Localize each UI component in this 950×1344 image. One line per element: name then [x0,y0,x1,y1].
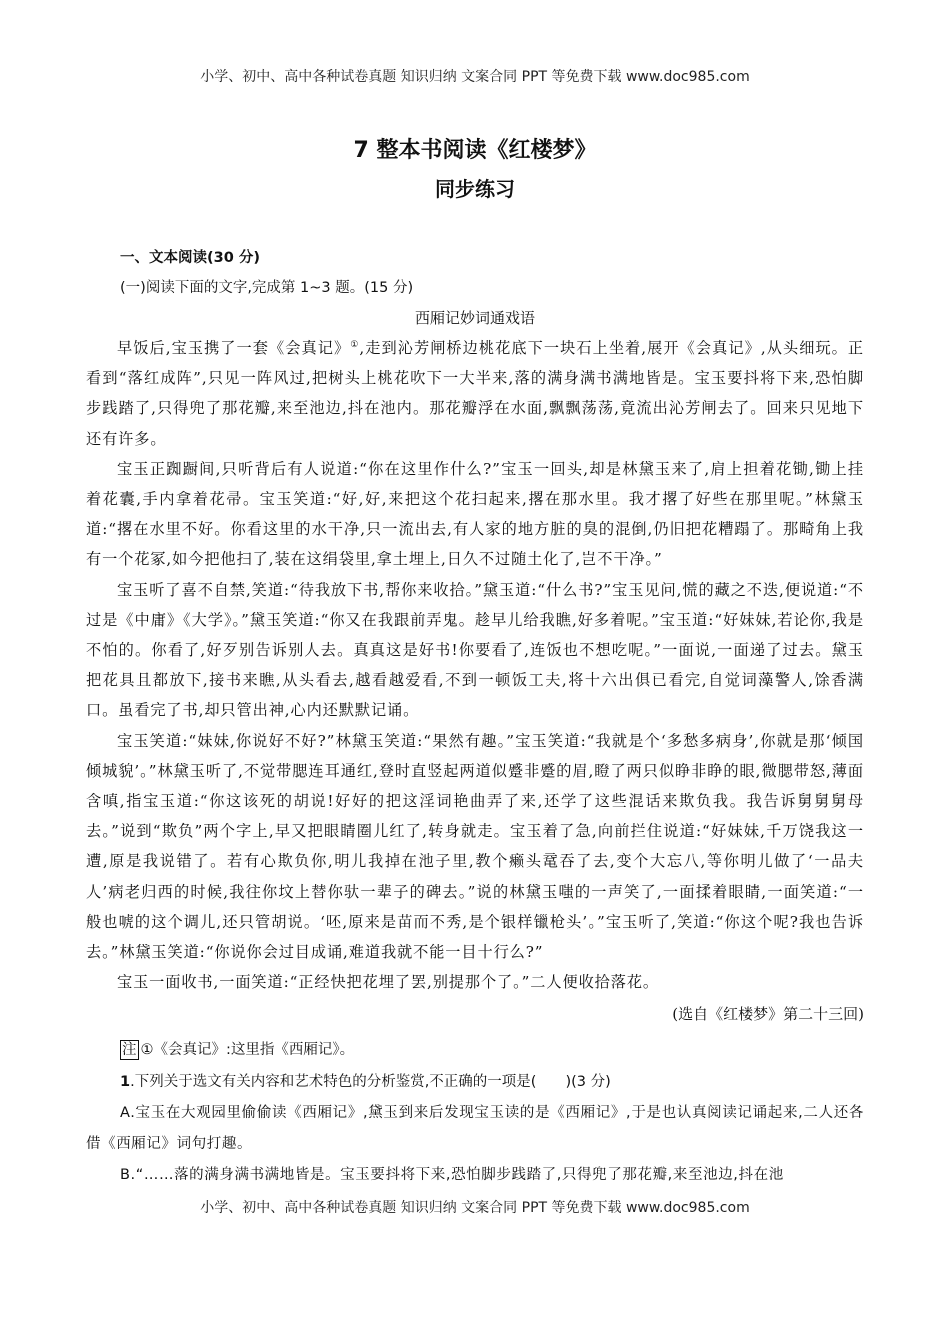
section-heading: 一、文本阅读(30 分) [120,243,864,273]
source-citation: (选自《红楼梦》第二十三回) [86,999,864,1033]
article-title: 西厢记妙词通戏语 [86,303,864,333]
article-paragraph: 宝玉一面收书,一面笑道:“正经快把花埋了罢,别提那个了。”二人便收拾落花。 [86,967,864,997]
page-title: 7 整本书阅读《红楼梦》 [0,133,950,164]
page-subtitle: 同步练习 [0,173,950,202]
question-option-b: B.“……落的满身满书满地皆是。宝玉要抖将下来,恐怕脚步践踏了,只得兜了那花瓣,… [86,1160,864,1191]
footnote: 注①《会真记》:这里指《西厢记》。 [120,1033,864,1067]
footnote-marker: ① [350,340,359,350]
article-paragraph: 早饭后,宝玉携了一套《会真记》①,走到沁芳闸桥边桃花底下一块石上坐着,展开《会真… [86,333,864,454]
article-paragraph: 宝玉听了喜不自禁,笑道:“待我放下书,帮你来收拾。”黛玉道:“什么书?”宝玉见问… [86,575,864,726]
question-number: 1 [120,1074,130,1090]
article-paragraph: 宝玉正踟蹰间,只听背后有人说道:“你在这里作什么?”宝玉一回头,却是林黛玉来了,… [86,454,864,575]
note-label: 注 [120,1040,139,1060]
question-stem: 1.下列关于选文有关内容和艺术特色的分析鉴赏,不正确的一项是( )(3 分) [120,1067,864,1098]
question-text: .下列关于选文有关内容和艺术特色的分析鉴赏,不正确的一项是( )(3 分) [130,1074,611,1090]
question-option-a: A.宝玉在大观园里偷偷读《西厢记》,黛玉到来后发现宝玉读的是《西厢记》,于是也认… [86,1098,864,1160]
note-text: ①《会真记》:这里指《西厢记》。 [141,1042,355,1058]
document-body: 一、文本阅读(30 分) (一)阅读下面的文字,完成第 1~3 题。(15 分)… [86,243,864,1191]
article-paragraph: 宝玉笑道:“妹妹,你说好不好?”林黛玉笑道:“果然有趣。”宝玉笑道:“我就是个‘… [86,726,864,968]
header-watermark: 小学、初中、高中各种试卷真题 知识归纳 文案合同 PPT 等免费下载 www.d… [0,66,950,86]
paragraph-text: 早饭后,宝玉携了一套《会真记》 [117,339,350,357]
section-subheading: (一)阅读下面的文字,完成第 1~3 题。(15 分) [120,273,864,303]
footer-watermark: 小学、初中、高中各种试卷真题 知识归纳 文案合同 PPT 等免费下载 www.d… [0,1197,950,1217]
